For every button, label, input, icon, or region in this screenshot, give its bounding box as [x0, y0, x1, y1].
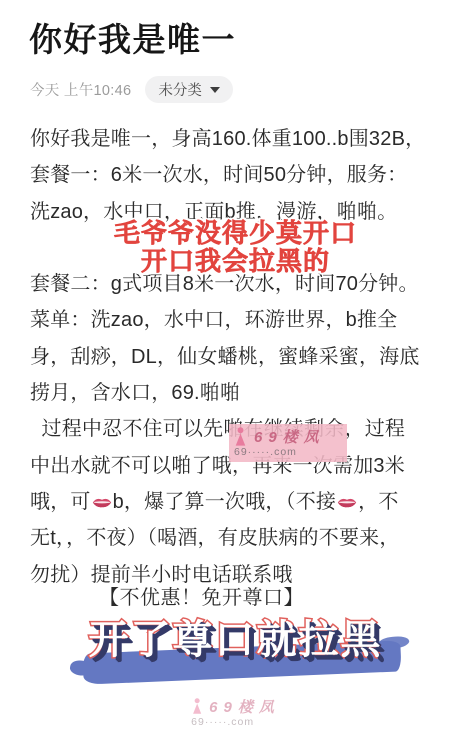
note-title: 你好我是唯一: [29, 14, 236, 61]
note-meta: 今天 上午10:46 未分类: [30, 76, 233, 103]
note-body: 你好我是唯一，身高160.体重100..b围32B， 套餐一：6米一次水，时间5…: [30, 121, 448, 593]
body-line: 菜单：洗zao，水中口，环游世界，b推全: [30, 302, 448, 338]
person-icon: [191, 698, 202, 715]
body-line: 哦，可b，爆了算一次哦，（不接，不: [30, 484, 448, 520]
note-timestamp: 今天 上午10:46: [30, 79, 131, 100]
category-label: 未分类: [158, 79, 202, 100]
chevron-down-icon: [210, 87, 220, 93]
red-warning-stamp: 毛爷爷没得少莫开口 开口我会拉黑的: [0, 220, 471, 275]
body-line: 身，刮痧，DL，仙女蟠桃，蜜蜂采蜜，海底: [30, 339, 448, 375]
watermark-site-name: 69楼凤: [209, 696, 280, 717]
note-footer-line: 【不优惠！免开尊口】: [99, 581, 304, 610]
note-page: 你好我是唯一 今天 上午10:46 未分类 你好我是唯一，身高160.体重100…: [0, 0, 471, 750]
body-line: 捞月，含水口，69.啪啪: [30, 375, 448, 411]
watermark-bottom: 69楼凤 69·····.com: [191, 696, 280, 728]
red-stamp-line-2: 开口我会拉黑的: [0, 248, 471, 276]
blue-blacklist-stamp: 开了尊口就拉黑: [89, 608, 383, 665]
body-line: 套餐一：6米一次水，时间50分钟，服务：: [30, 157, 448, 193]
watermark-domain: 69·····.com: [191, 716, 254, 728]
watermark-site-name: 69楼凤: [254, 426, 325, 447]
watermark-domain: 69·····.com: [234, 446, 342, 458]
watermark-row: 69楼凤: [234, 426, 342, 447]
blue-stamp-text: 开了尊口就拉黑: [89, 608, 383, 665]
lips-emoji: [336, 496, 358, 509]
body-line: 无t，，不夜）（喝酒，有皮肤病的不要来，: [30, 520, 448, 556]
red-stamp-line-1: 毛爷爷没得少莫开口: [0, 220, 471, 248]
watermark-row: 69楼凤: [191, 696, 280, 717]
category-pill[interactable]: 未分类: [145, 76, 233, 103]
person-icon: [234, 427, 247, 447]
lips-emoji: [91, 496, 113, 509]
body-line: 你好我是唯一，身高160.体重100..b围32B，: [30, 121, 448, 157]
watermark-badge: 69楼凤 69·····.com: [229, 424, 347, 462]
